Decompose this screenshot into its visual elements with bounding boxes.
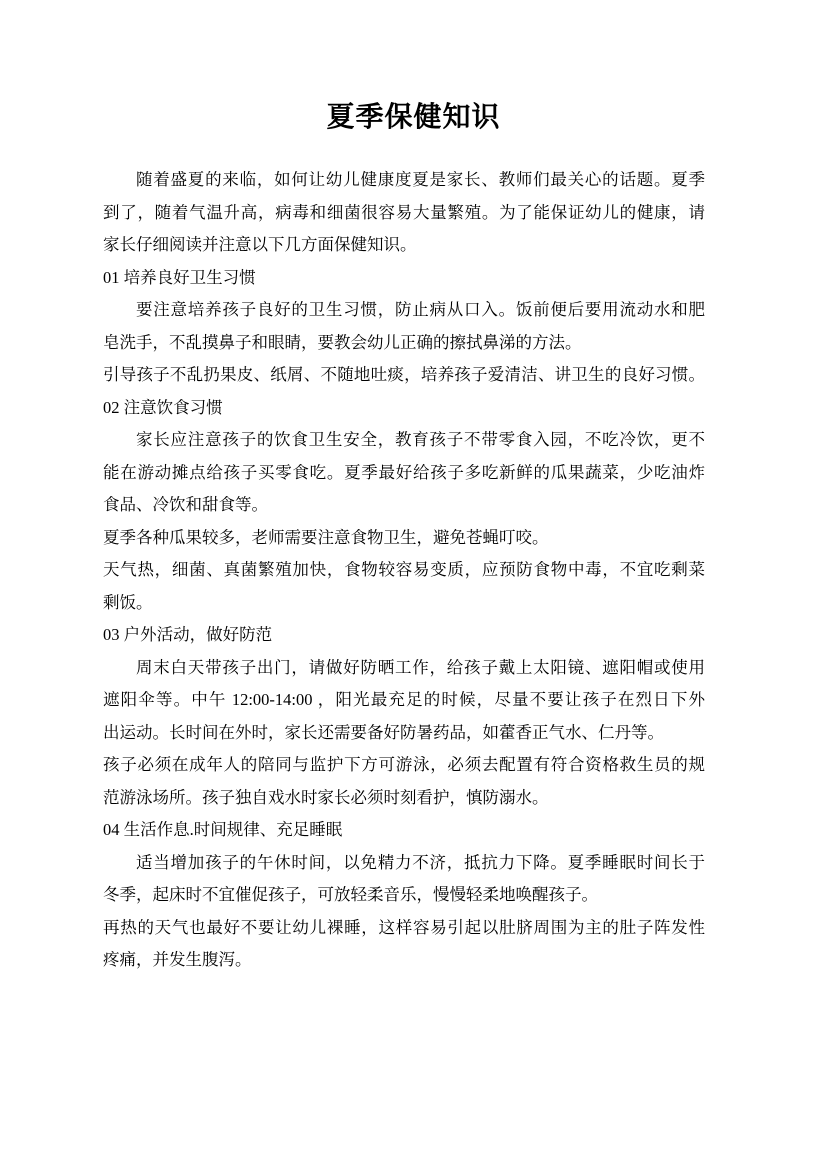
body-line: 天气热，细菌、真菌繁殖加快，食物较容易变质，应预防食物中毒，不宜吃剩菜 — [103, 554, 705, 587]
body-line: 能在游动摊点给孩子买零食吃。夏季最好给孩子多吃新鲜的瓜果蔬菜，少吃油炸 — [103, 457, 705, 490]
section-heading-01: 01 培养良好卫生习惯 — [103, 262, 705, 295]
page-title: 夏季保健知识 — [0, 100, 827, 134]
intro-line: 家长仔细阅读并注意以下几方面保健知识。 — [103, 229, 705, 262]
intro-line: 随着盛夏的来临，如何让幼儿健康度夏是家长、教师们最关心的话题。夏季 — [103, 164, 705, 197]
body-line: 周末白天带孩子出门，请做好防晒工作，给孩子戴上太阳镜、遮阳帽或使用 — [103, 652, 705, 685]
body-line: 遮阳伞等。中午 12:00-14:00 ，阳光最充足的时候，尽量不要让孩子在烈日… — [103, 684, 705, 717]
body-line: 要注意培养孩子良好的卫生习惯，防止病从口入。饭前便后要用流动水和肥 — [103, 294, 705, 327]
body-line: 家长应注意孩子的饮食卫生安全，教育孩子不带零食入园，不吃冷饮，更不 — [103, 424, 705, 457]
document-body: 随着盛夏的来临，如何让幼儿健康度夏是家长、教师们最关心的话题。夏季 到了，随着气… — [103, 164, 705, 977]
body-line: 夏季各种瓜果较多，老师需要注意食物卫生，避免苍蝇叮咬。 — [103, 522, 705, 555]
body-line: 皂洗手，不乱摸鼻子和眼睛，要教会幼儿正确的擦拭鼻涕的方法。 — [103, 327, 705, 360]
document-page: 夏季保健知识 随着盛夏的来临，如何让幼儿健康度夏是家长、教师们最关心的话题。夏季… — [0, 0, 827, 1170]
body-line: 冬季，起床时不宜催促孩子，可放轻柔音乐，慢慢轻柔地唤醒孩子。 — [103, 879, 705, 912]
intro-line: 到了，随着气温升高，病毒和细菌很容易大量繁殖。为了能保证幼儿的健康，请 — [103, 197, 705, 230]
body-line: 剩饭。 — [103, 587, 705, 620]
section-heading-03: 03 户外活动，做好防范 — [103, 619, 705, 652]
body-line: 疼痛，并发生腹泻。 — [103, 944, 705, 977]
body-line: 食品、冷饮和甜食等。 — [103, 489, 705, 522]
body-line: 出运动。长时间在外时，家长还需要备好防暑药品，如藿香正气水、仁丹等。 — [103, 717, 705, 750]
section-heading-04: 04 生活作息.时间规律、充足睡眠 — [103, 814, 705, 847]
body-line: 范游泳场所。孩子独自戏水时家长必须时刻看护，慎防溺水。 — [103, 782, 705, 815]
section-heading-02: 02 注意饮食习惯 — [103, 392, 705, 425]
body-line: 再热的天气也最好不要让幼儿裸睡，这样容易引起以肚脐周围为主的肚子阵发性 — [103, 912, 705, 945]
body-line: 适当增加孩子的午休时间，以免精力不济，抵抗力下降。夏季睡眠时间长于 — [103, 847, 705, 880]
body-line: 引导孩子不乱扔果皮、纸屑、不随地吐痰，培养孩子爱清洁、讲卫生的良好习惯。 — [103, 359, 705, 392]
body-line: 孩子必须在成年人的陪同与监护下方可游泳，必须去配置有符合资格救生员的规 — [103, 749, 705, 782]
